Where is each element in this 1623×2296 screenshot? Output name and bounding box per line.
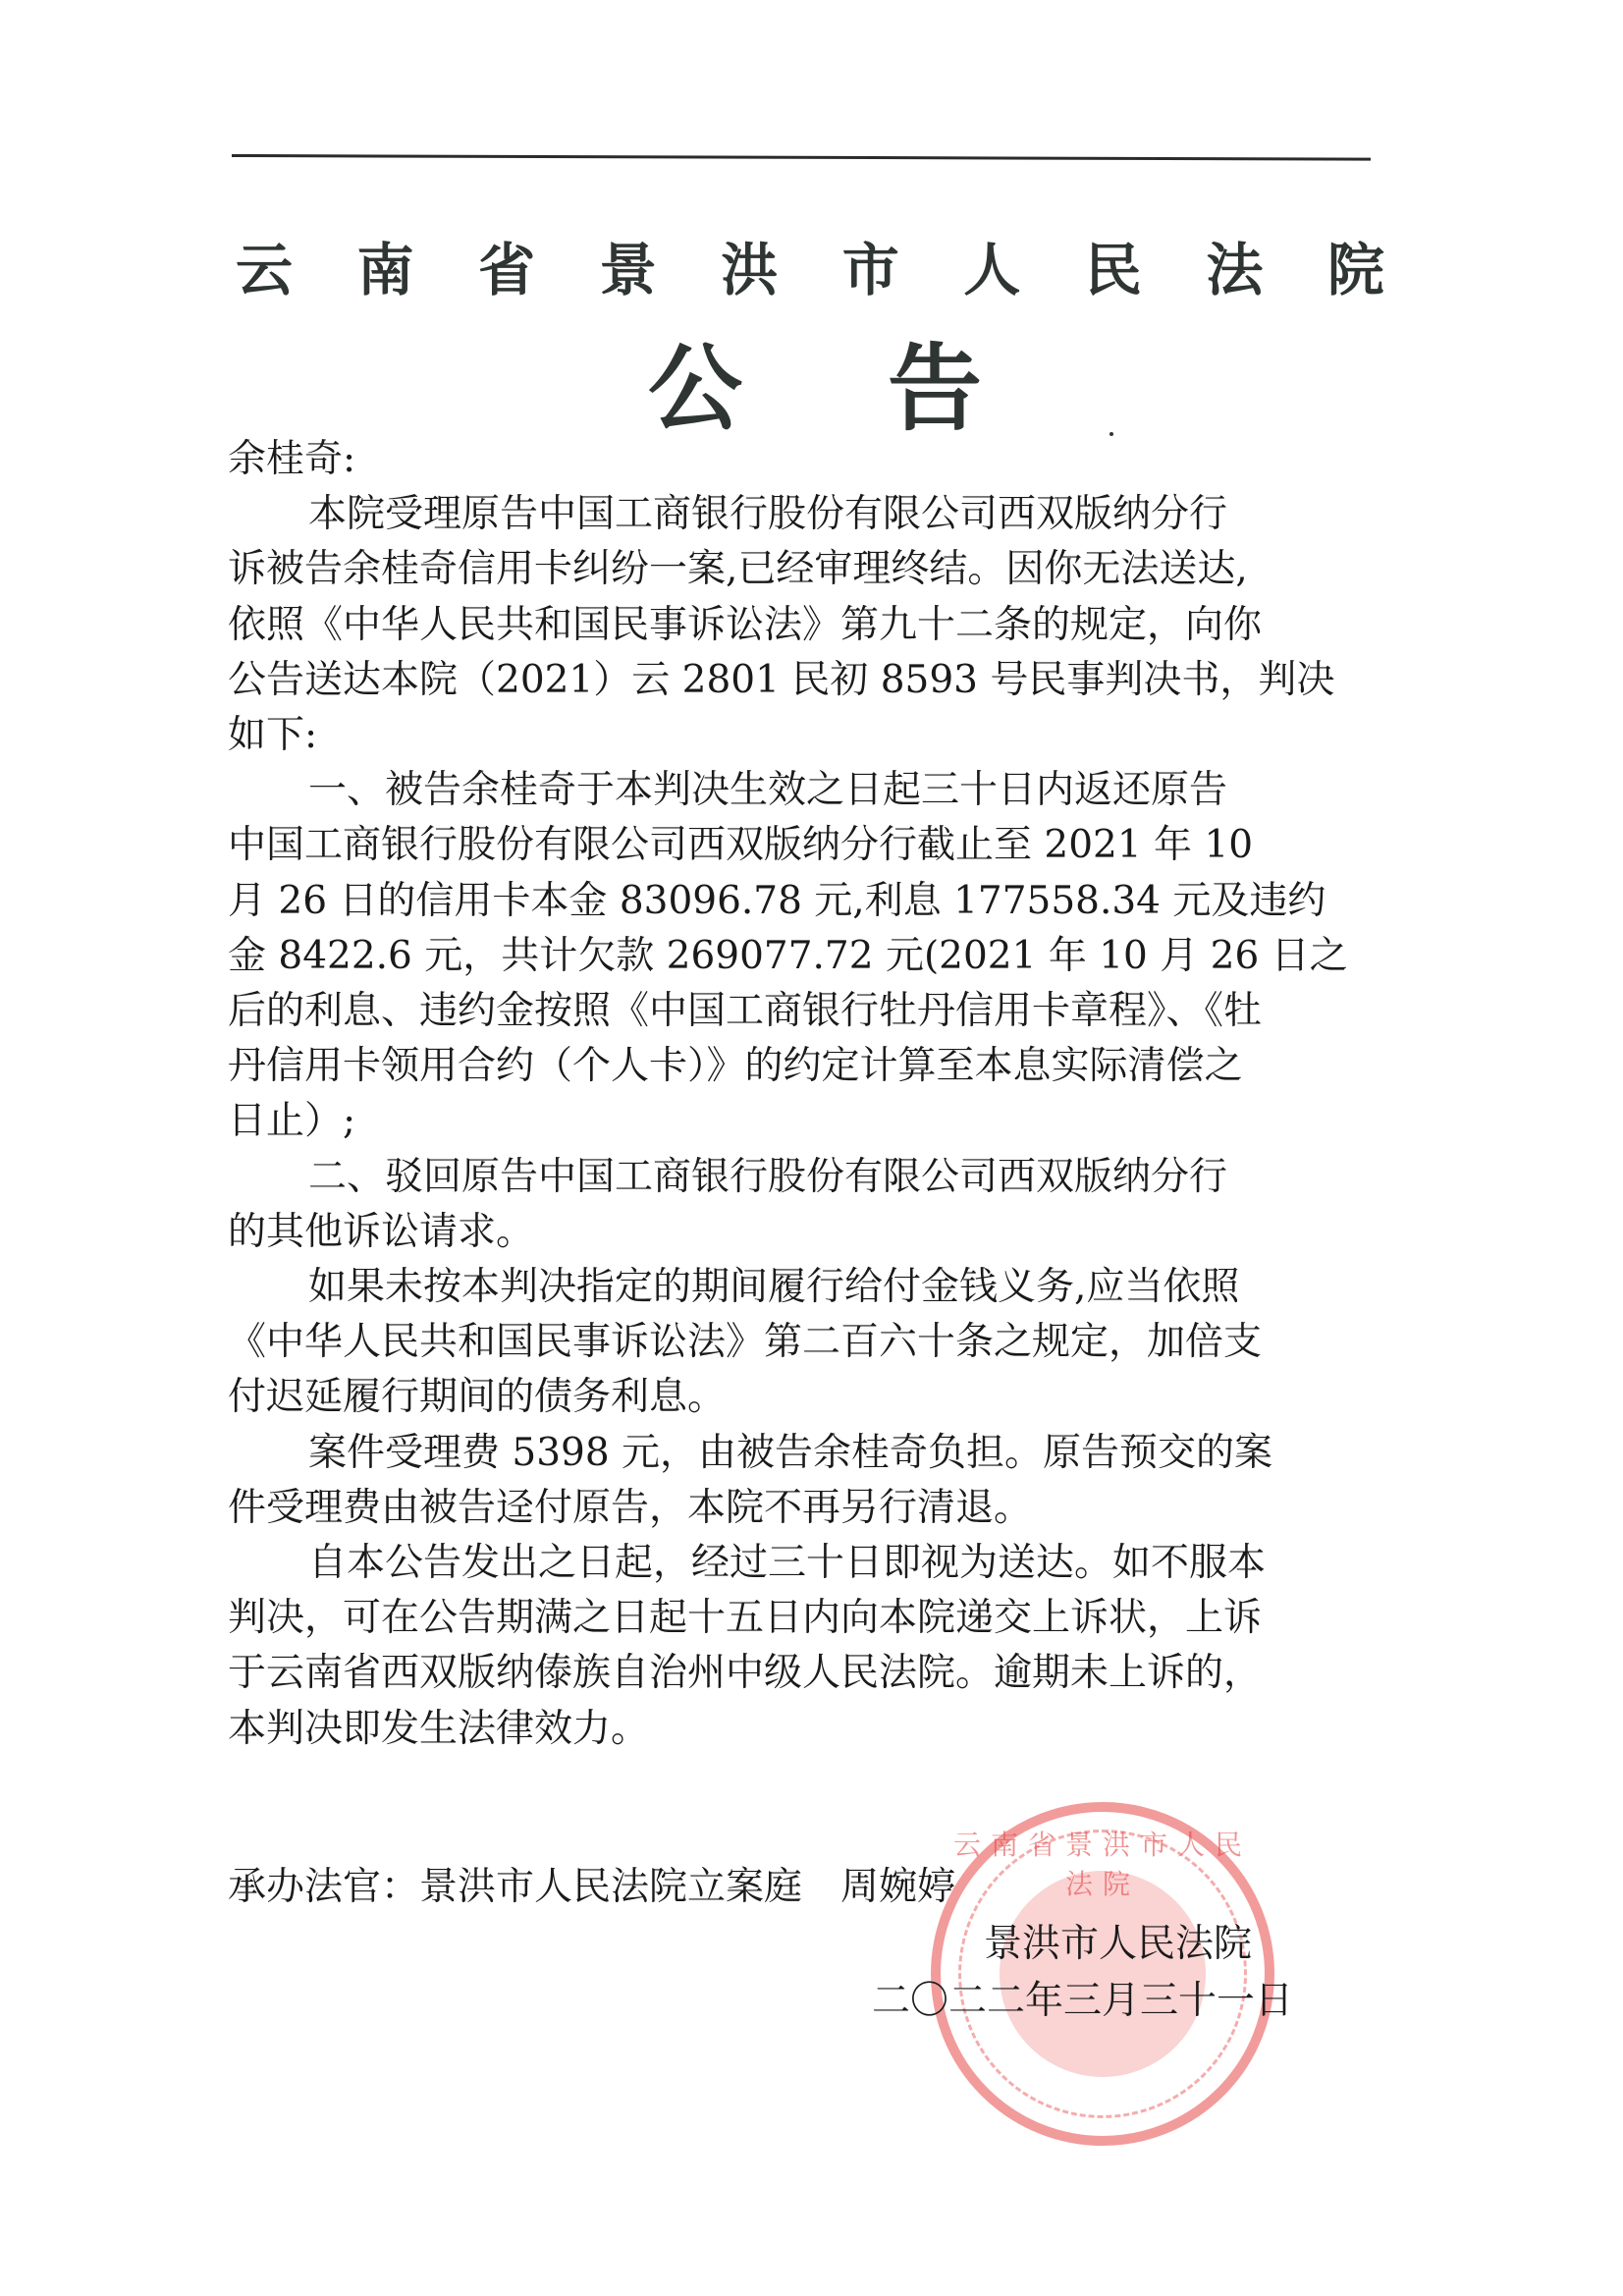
court-name-char: 景: [600, 224, 657, 306]
body-line: 依照《中华人民共和国民事诉讼法》第九十二条的规定，向你: [228, 598, 1386, 653]
body-line: 付迟延履行期间的债务利息。: [228, 1370, 1386, 1425]
enforcement-clause: 如果未按本判决指定的期间履行给付金钱义务,应当依照: [228, 1260, 1386, 1315]
stamp-arc-text: 云南省景洪市人民法院: [941, 1824, 1265, 1902]
document-title: 公 告: [648, 314, 982, 449]
issuing-court: 景洪市人民法院: [984, 1913, 1252, 1968]
announcement-body: 余桂奇: 本院受理原告中国工商银行股份有限公司西双版纳分行 诉被告余桂奇信用卡纠…: [228, 432, 1386, 1757]
judgment-item-1: 一、被告余桂奇于本判决生效之日起三十日内返还原告: [228, 763, 1386, 818]
court-name-char: 人: [963, 224, 1020, 306]
body-line: 的其他诉讼请求。: [228, 1205, 1386, 1260]
body-line: 月 26 日的信用卡本金 83096.78 元,利息 177558.34 元及违…: [228, 874, 1386, 929]
issue-date: 二〇二二年三月三十一日: [872, 1970, 1293, 2025]
body-line: 诉被告余桂奇信用卡纠纷一案,已经审理终结。因你无法送达,: [228, 542, 1386, 597]
service-clause: 自本公告发出之日起，经过三十日即视为送达。如不服本: [228, 1536, 1386, 1591]
court-name-char: 洪: [721, 224, 778, 306]
body-line: 本院受理原告中国工商银行股份有限公司西双版纳分行: [228, 487, 1386, 542]
presiding-judge-line: 承办法官：景洪市人民法院立案庭 周婉婷: [228, 1856, 955, 1911]
body-line: 判决，可在公告期满之日起十五日内向本院递交上诉状，上诉: [228, 1591, 1386, 1646]
title-char: 公: [648, 314, 742, 449]
court-name-char: 民: [1085, 224, 1142, 306]
body-line: 日止）;: [228, 1094, 1386, 1149]
court-announcement-page: 云 南 省 景 洪 市 人 民 法 院 公 告 余桂奇: 本院受理原告中国工商银…: [0, 0, 1623, 2296]
court-name-heading: 云 南 省 景 洪 市 人 民 法 院: [236, 224, 1384, 306]
body-line: 金 8422.6 元，共计欠款 269077.72 元(2021 年 10 月 …: [228, 929, 1386, 984]
body-line: 公告送达本院（2021）云 2801 民初 8593 号民事判决书，判决: [228, 653, 1386, 708]
body-line: 《中华人民共和国民事诉讼法》第二百六十条之规定，加倍支: [228, 1315, 1386, 1370]
court-name-char: 省: [478, 224, 535, 306]
body-line: 中国工商银行股份有限公司西双版纳分行截止至 2021 年 10: [228, 818, 1386, 873]
court-name-char: 院: [1327, 224, 1384, 306]
judgment-item-2: 二、驳回原告中国工商银行股份有限公司西双版纳分行: [228, 1150, 1386, 1205]
case-fee-clause: 案件受理费 5398 元，由被告余桂奇负担。原告预交的案: [228, 1426, 1386, 1481]
body-line: 后的利息、违约金按照《中国工商银行牡丹信用卡章程》、《牡: [228, 984, 1386, 1039]
title-char: 告: [888, 314, 982, 449]
court-name-char: 法: [1206, 224, 1263, 306]
body-line: 件受理费由被告迳付原告，本院不再另行清退。: [228, 1481, 1386, 1536]
body-line: 本判决即发生法律效力。: [228, 1702, 1386, 1757]
header-rule: [232, 154, 1371, 161]
body-line: 丹信用卡领用合约（个人卡）》的约定计算至本息实际清偿之: [228, 1039, 1386, 1094]
body-line: 于云南省西双版纳傣族自治州中级人民法院。逾期未上诉的，: [228, 1646, 1386, 1701]
court-name-char: 市: [842, 224, 899, 306]
court-name-char: 南: [357, 224, 414, 306]
body-line: 如下:: [228, 708, 1386, 763]
addressee: 余桂奇:: [228, 432, 1386, 487]
court-name-char: 云: [236, 224, 293, 306]
